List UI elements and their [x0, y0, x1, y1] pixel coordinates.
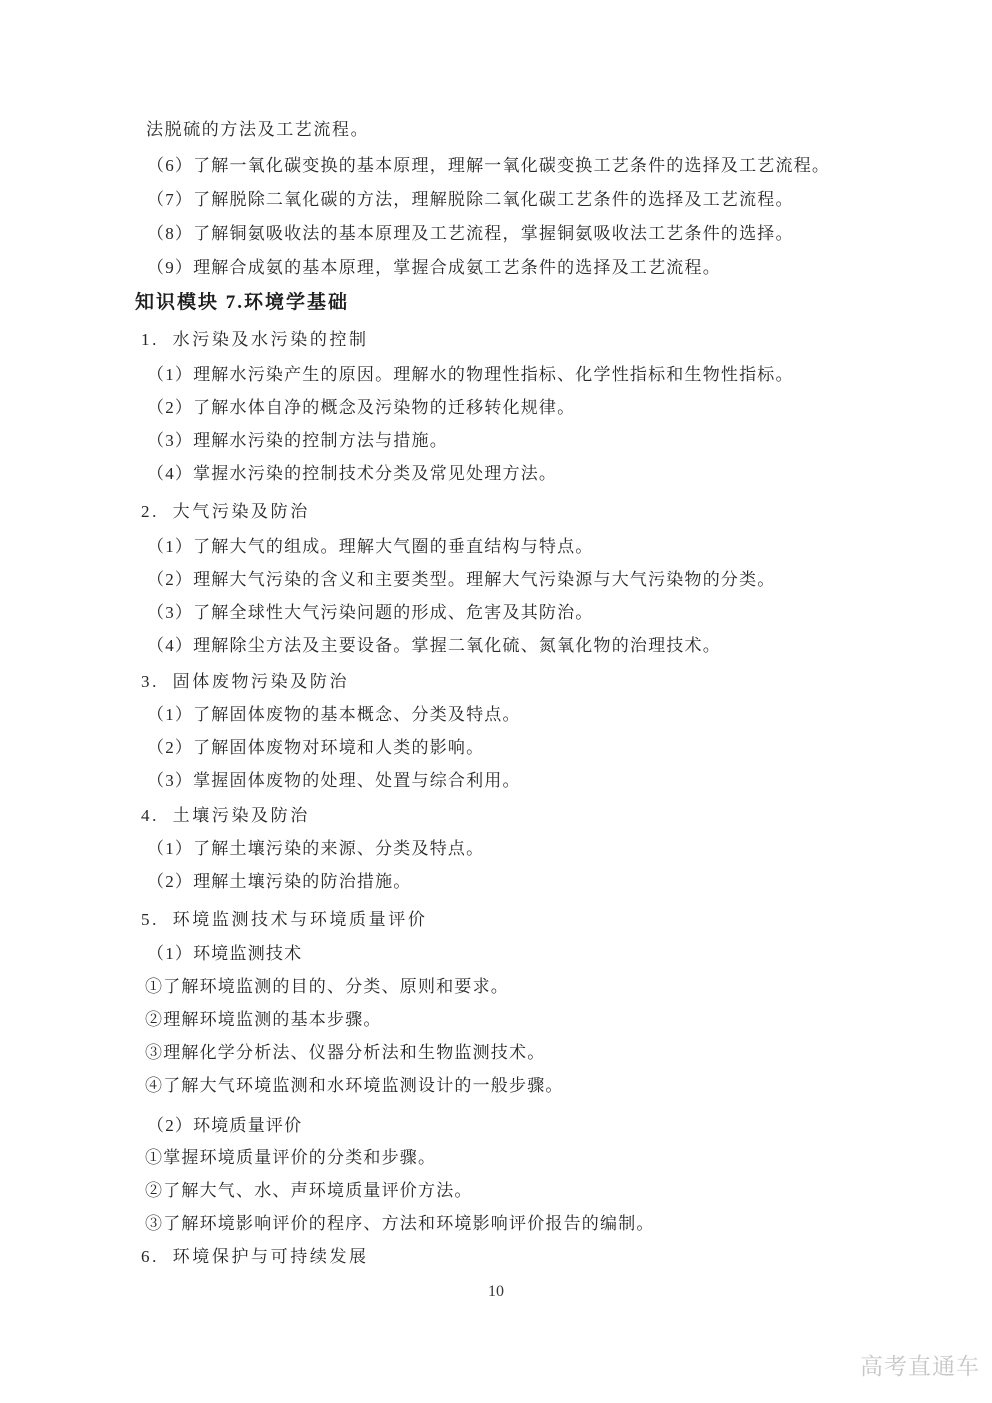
topic-heading: 5. 环境监测技术与环境质量评价: [141, 910, 427, 930]
topic-heading: 6. 环境保护与可持续发展: [141, 1247, 369, 1267]
numbered-item: （3）掌握固体废物的处理、处置与综合利用。: [147, 771, 521, 791]
numbered-item: （2）理解大气污染的含义和主要类型。理解大气污染源与大气污染物的分类。: [147, 570, 776, 590]
numbered-item: （8）了解铜氨吸收法的基本原理及工艺流程，掌握铜氨吸收法工艺条件的选择。: [147, 224, 794, 244]
sub-item: ②了解大气、水、声环境质量评价方法。: [145, 1181, 473, 1201]
numbered-item: （2）了解水体自净的概念及污染物的迁移转化规律。: [147, 398, 575, 418]
document-page: 法脱硫的方法及工艺流程。（6）了解一氧化碳变换的基本原理，理解一氧化碳变换工艺条…: [0, 0, 992, 1403]
watermark-text: 高考直通车: [860, 1348, 980, 1381]
topic-heading: 3. 固体废物污染及防治: [141, 672, 349, 692]
sub-item: ③了解环境影响评价的程序、方法和环境影响评价报告的编制。: [145, 1214, 655, 1234]
numbered-item: （2）理解土壤污染的防治措施。: [147, 872, 412, 892]
sub-item: ④了解大气环境监测和水环境监测设计的一般步骤。: [145, 1076, 564, 1096]
numbered-item: （4）理解除尘方法及主要设备。掌握二氧化硫、氮氧化物的治理技术。: [147, 636, 721, 656]
numbered-item: （6）了解一氧化碳变换的基本原理，理解一氧化碳变换工艺条件的选择及工艺流程。: [147, 156, 830, 176]
numbered-item: （3）了解全球性大气污染问题的形成、危害及其防治。: [147, 603, 594, 623]
numbered-item: （1）了解大气的组成。理解大气圈的垂直结构与特点。: [147, 537, 594, 557]
numbered-item: （1）了解固体废物的基本概念、分类及特点。: [147, 705, 521, 725]
numbered-item: （3）理解水污染的控制方法与措施。: [147, 431, 448, 451]
module-heading: 知识模块 7.环境学基础: [135, 293, 349, 313]
sub-item: ③理解化学分析法、仪器分析法和生物监测技术。: [145, 1043, 545, 1063]
numbered-item: （1）理解水污染产生的原因。理解水的物理性指标、化学性指标和生物性指标。: [147, 365, 794, 385]
topic-heading: 1. 水污染及水污染的控制: [141, 330, 369, 350]
numbered-item: （7）了解脱除二氧化碳的方法，理解脱除二氧化碳工艺条件的选择及工艺流程。: [147, 190, 794, 210]
numbered-item: （2）环境质量评价: [147, 1116, 302, 1136]
numbered-item: （1）环境监测技术: [147, 944, 302, 964]
numbered-item: （1）了解土壤污染的来源、分类及特点。: [147, 839, 484, 859]
numbered-item: （2）了解固体废物对环境和人类的影响。: [147, 738, 484, 758]
page-number: 10: [0, 1283, 992, 1301]
numbered-item: （4）掌握水污染的控制技术分类及常见处理方法。: [147, 464, 557, 484]
sub-item: ①掌握环境质量评价的分类和步骤。: [145, 1148, 436, 1168]
sub-item: ①了解环境监测的目的、分类、原则和要求。: [145, 977, 509, 997]
topic-heading: 4. 土壤污染及防治: [141, 806, 310, 826]
numbered-item: （9）理解合成氨的基本原理，掌握合成氨工艺条件的选择及工艺流程。: [147, 258, 721, 278]
sub-item: ②理解环境监测的基本步骤。: [145, 1010, 382, 1030]
paragraph-continuation: 法脱硫的方法及工艺流程。: [146, 120, 369, 140]
topic-heading: 2. 大气污染及防治: [141, 502, 310, 522]
